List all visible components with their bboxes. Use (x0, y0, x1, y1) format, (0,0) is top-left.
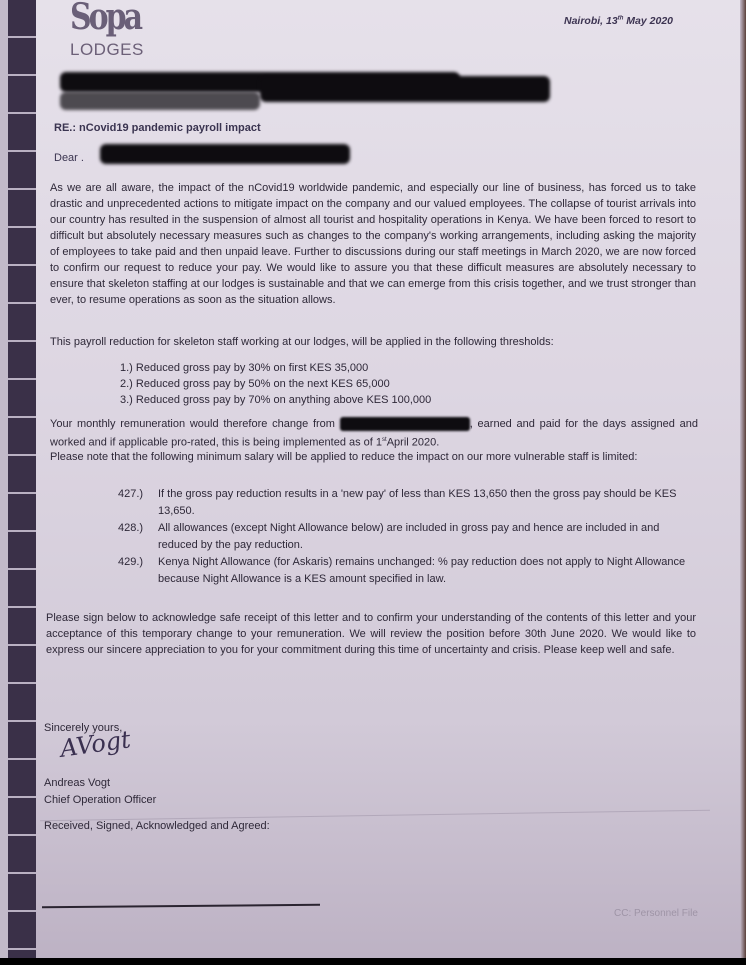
closing-paragraph: Please sign below to acknowledge safe re… (46, 610, 696, 658)
signatory-name: Andreas Vogt (44, 777, 110, 789)
redacted-recipient-line-3 (260, 76, 550, 102)
redacted-salary-amount (340, 417, 470, 431)
acknowledgement-label: Received, Signed, Acknowledged and Agree… (44, 820, 270, 832)
redacted-recipient-line-2 (60, 92, 260, 110)
intro-paragraph: As we are all aware, the impact of the n… (50, 180, 696, 308)
letter-page: Sopa LODGES Nairobi, 13th May 2020 RE.: … (0, 0, 746, 958)
thresholds-list: 1.) Reduced gross pay by 30% on first KE… (120, 360, 431, 408)
background-plaid-fabric (8, 0, 36, 958)
minimum-rule-item: 427.)If the gross pay reduction results … (118, 486, 698, 520)
minimum-rules-list: 427.)If the gross pay reduction results … (118, 486, 698, 588)
redacted-recipient-name (100, 144, 350, 164)
signature-line (42, 904, 320, 908)
minimum-rule-item: 428.)All allowances (except Night Allowa… (118, 520, 698, 554)
background-fabric-edge (0, 0, 8, 958)
bottom-border (0, 958, 746, 965)
threshold-item: 3.) Reduced gross pay by 70% on anything… (120, 392, 431, 408)
minimum-rule-item: 429.)Kenya Night Allowance (for Askaris)… (118, 554, 698, 588)
minimum-salary-note: Please note that the following minimum s… (50, 449, 696, 465)
company-name: LODGES (70, 40, 144, 60)
remuneration-paragraph: Your monthly remuneration would therefor… (50, 416, 698, 451)
page-edge-shadow (740, 0, 746, 958)
letter-subject: RE.: nCovid19 pandemic payroll impact (54, 122, 261, 134)
threshold-item: 2.) Reduced gross pay by 50% on the next… (120, 376, 431, 392)
signatory-title: Chief Operation Officer (44, 794, 156, 806)
thresholds-intro: This payroll reduction for skeleton staf… (50, 334, 696, 350)
threshold-item: 1.) Reduced gross pay by 30% on first KE… (120, 360, 431, 376)
company-logo-mark: Sopa (70, 0, 144, 41)
cc-note: CC: Personnel File (614, 908, 698, 919)
letter-date: Nairobi, 13th May 2020 (564, 15, 673, 27)
salutation: Dear . (54, 152, 84, 164)
